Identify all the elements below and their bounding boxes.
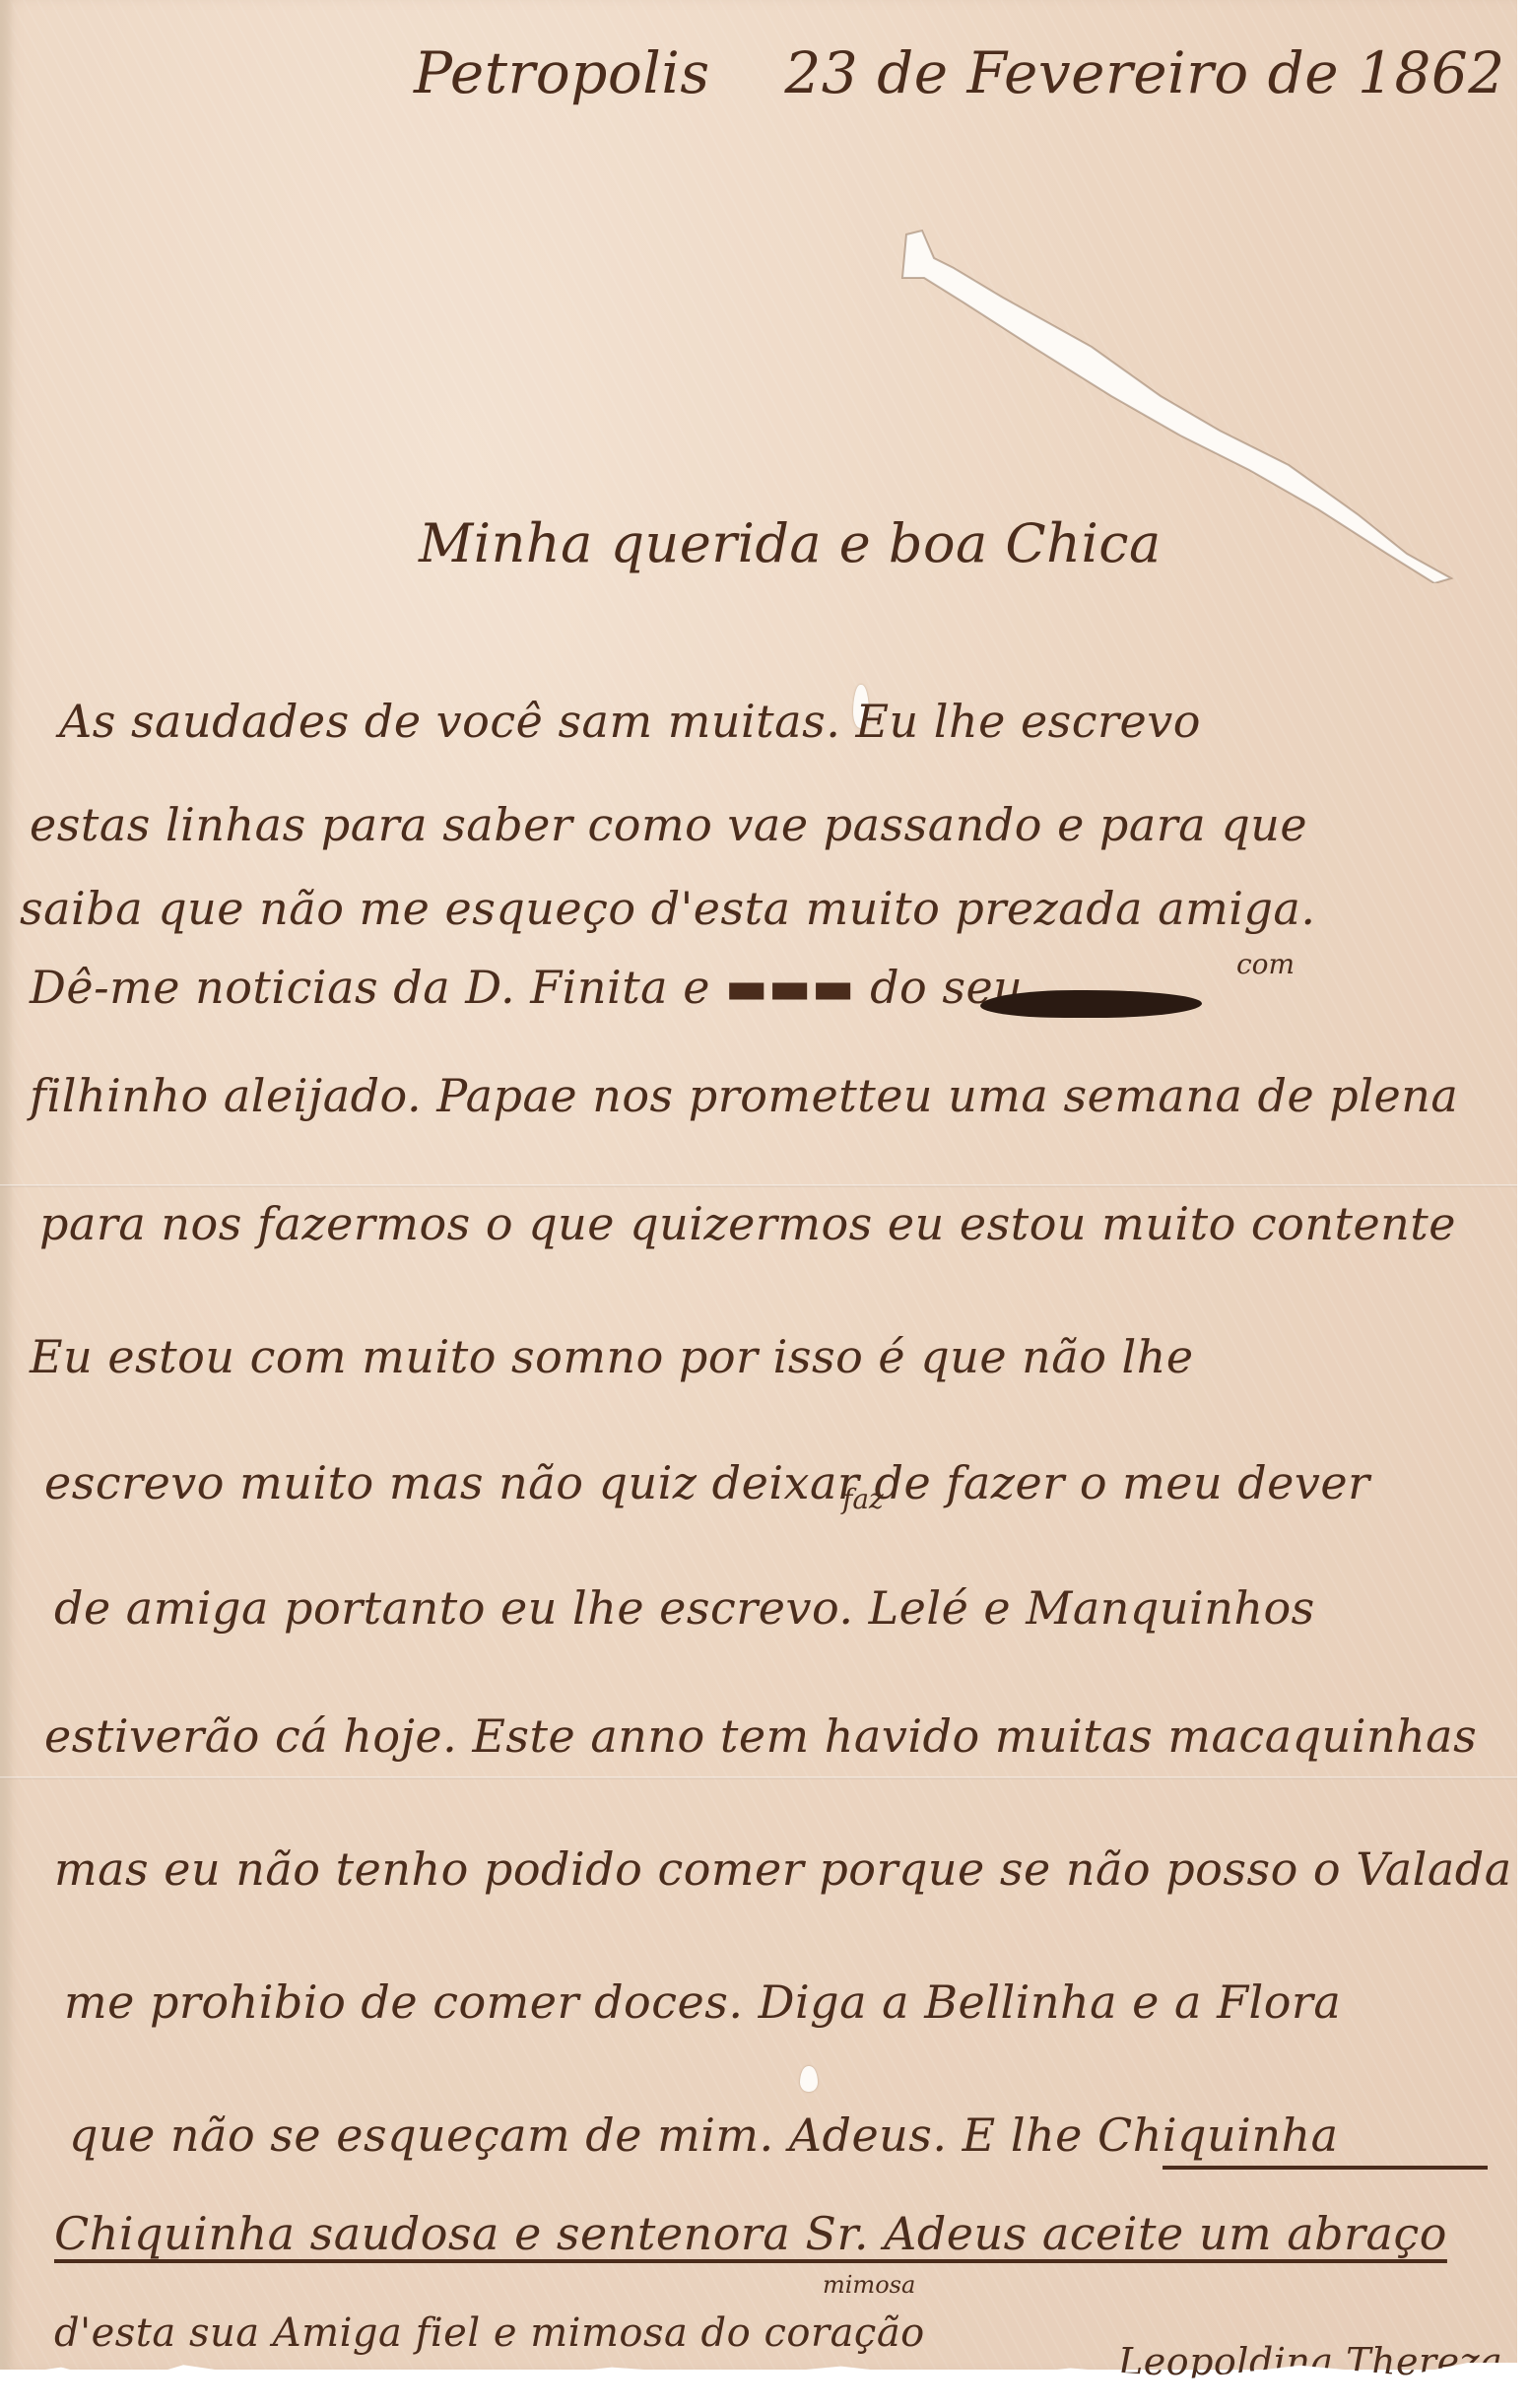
body-line-6: para nos fazermos o que quizermos eu est… <box>39 1197 1456 1250</box>
body-line-3: saiba que não me esqueço d'esta muito pr… <box>20 882 1315 935</box>
insertion-mimosa: mimosa <box>823 2271 915 2299</box>
body-line-1: As saudades de você sam muitas. Eu lhe e… <box>59 695 1201 748</box>
insertion-com: com <box>1236 948 1295 980</box>
underline-mark <box>1163 2166 1488 2170</box>
paper-hole <box>800 2066 818 2092</box>
body-line-7: Eu estou com muito somno por isso é que … <box>30 1330 1194 1383</box>
ink-blot-strikeout <box>980 990 1202 1018</box>
letter-place: Petropolis <box>414 39 710 106</box>
body-line-4: Dê-me noticias da D. Finita e ▬▬▬ do seu <box>30 961 1023 1014</box>
letter-date: 23 de Fevereiro de 1862 <box>784 39 1504 106</box>
salutation: Minha querida e boa Chica <box>419 512 1162 574</box>
body-line-12: me prohibio de comer doces. Diga a Belli… <box>64 1975 1341 2029</box>
letter-date-line: Petropolis 23 de Fevereiro de 1862 <box>414 39 1505 106</box>
body-line-4-text: Dê-me noticias da D. Finita e ▬▬▬ do seu <box>30 961 1023 1014</box>
fold-crease-upper <box>0 1184 1517 1187</box>
body-line-13-text: que não se esqueçam de mim. Adeus. E lhe… <box>69 2108 1339 2162</box>
fold-crease-lower <box>0 1776 1517 1779</box>
body-line-14: Chiquinha saudosa e sentenora Sr. Adeus … <box>54 2207 1447 2260</box>
body-line-15: d'esta sua Amiga fiel e mimosa do coraçã… <box>54 2310 925 2356</box>
body-line-13: que não se esqueçam de mim. Adeus. E lhe… <box>69 2108 1339 2162</box>
body-line-5: filhinho aleijado. Papae nos prometteu u… <box>30 1069 1458 1122</box>
body-line-8: escrevo muito mas não quiz deixar de faz… <box>44 1456 1370 1509</box>
body-line-9: de amiga portanto eu lhe escrevo. Lelé e… <box>54 1581 1315 1635</box>
body-line-11: mas eu não tenho podido comer porque se … <box>54 1842 1512 1896</box>
body-line-10: estiverão cá hoje. Este anno tem havido … <box>44 1709 1477 1763</box>
insertion-faz: faz <box>842 1483 884 1515</box>
body-line-2: estas linhas para saber como vae passand… <box>30 798 1307 851</box>
letter-sheet: Petropolis 23 de Fevereiro de 1862 Minha… <box>0 0 1517 2370</box>
